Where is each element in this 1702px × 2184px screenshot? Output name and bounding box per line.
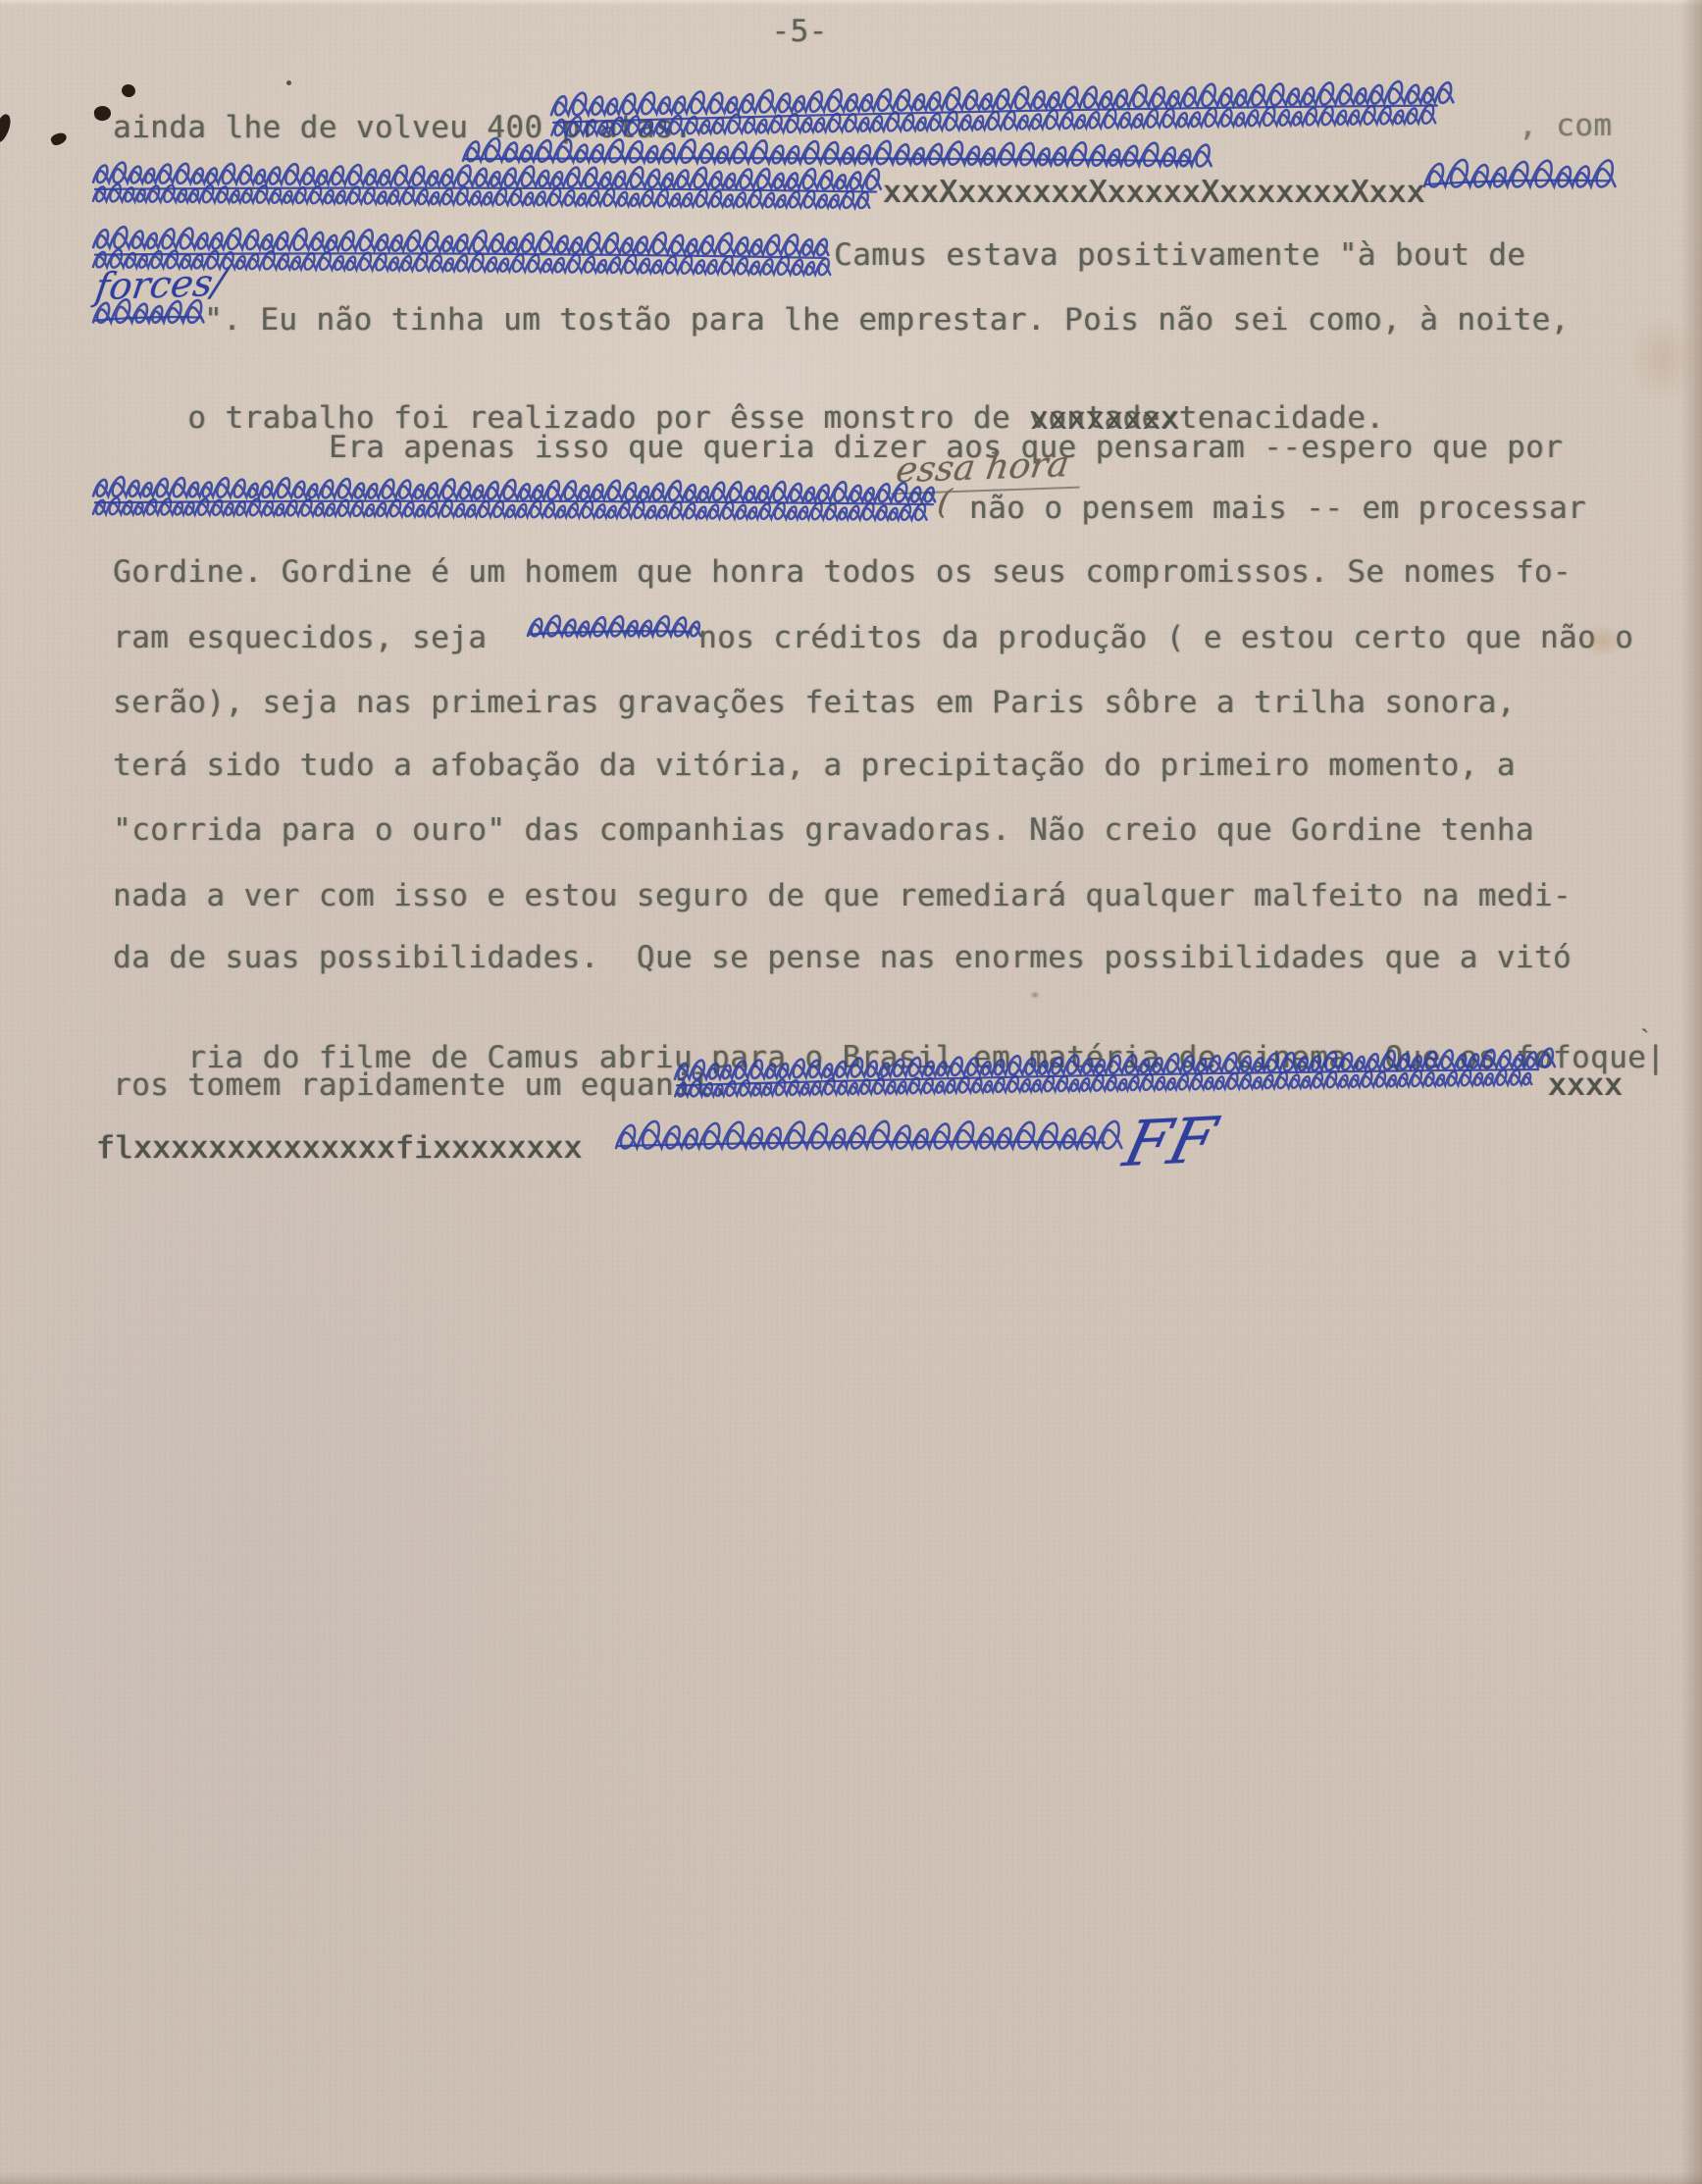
scribble-crossout-7 <box>93 478 935 529</box>
handwritten-forces: forces/ <box>93 261 229 309</box>
typed-line-9-end: nos créditos da produção ( e estou certo… <box>698 620 1633 655</box>
margin-bar-mark: ˋ| <box>1646 1040 1665 1075</box>
page-edge-shadow <box>0 2172 1702 2184</box>
typed-line-9-start: ram esquecidos, seja <box>113 620 505 655</box>
typed-line-7: não o pensem mais -- em processar <box>969 491 1586 526</box>
initials-ff: FF <box>1117 1105 1222 1182</box>
scribble-crossout-6 <box>93 302 203 336</box>
typed-line-16: ros tomem rapidamente um equanil. <box>113 1067 730 1103</box>
scribble-crossout-10 <box>616 1124 1107 1164</box>
typed-xstrike-line-17: flxxxxxxxxxxxxxxfixxxxxxxx <box>96 1130 583 1166</box>
typed-xstrike-line-16: xxxx <box>1548 1067 1623 1103</box>
ink-speck <box>286 80 291 85</box>
ink-spot <box>93 105 112 123</box>
margin-accent-mark: ˋ <box>1640 1024 1649 1054</box>
scribble-crossout-4 <box>1424 163 1611 202</box>
typed-line-13: nada a ver com isso e estou seguro de qu… <box>113 878 1572 913</box>
ink-spot <box>121 82 137 98</box>
ink-spot <box>49 130 68 147</box>
scribble-crossout-3 <box>93 164 878 218</box>
typed-line-4: ". Eu não tinha um tostão para lhe empre… <box>204 302 1570 338</box>
page-edge-highlight <box>0 0 1702 6</box>
scribble-crossout-1 <box>551 82 1440 146</box>
paper-stain <box>1030 991 1040 999</box>
typed-line-11: terá sido tudo a afobação da vitória, a … <box>113 748 1516 783</box>
typed-line-14: da de suas possibilidades. Que se pense … <box>113 940 1572 975</box>
typed-line-8: Gordine. Gordine é um homem que honra to… <box>113 554 1572 590</box>
typed-xstrike-line-2: xxxXxxxxxxxXxxxxxXxxxxxxxXxxx <box>883 175 1425 210</box>
typescript-page: -5- ainda lhe de volveu 400 pratas. , co… <box>0 0 1702 2184</box>
page-number: -5- <box>0 14 1599 49</box>
scribble-crossout-8 <box>528 618 693 648</box>
typed-line-3: Camus estava positivamente "à bout de <box>834 237 1525 273</box>
typed-line-1-tail: , com <box>1519 108 1612 143</box>
typed-line-12: "corrida para o ouro" das companhias gra… <box>113 812 1534 848</box>
typed-line-10: serão), seja nas primeiras gravações fei… <box>113 685 1516 720</box>
page-edge-shadow <box>1680 0 1702 2184</box>
ink-spot <box>0 113 13 145</box>
